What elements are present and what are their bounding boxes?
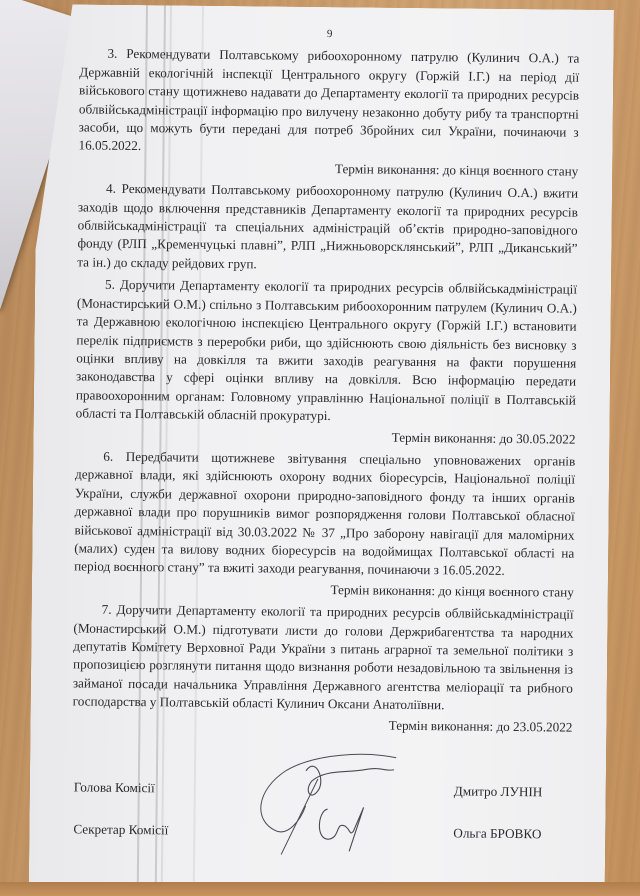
- chair-role: Голова Комісії: [74, 779, 234, 797]
- item-7-text: 7. Доручити Департаменту екології та при…: [73, 601, 574, 717]
- signature-block: Голова Комісії Дмитро ЛУНІН Секретар Ком…: [73, 766, 574, 855]
- document-page: 9 3. Рекомендувати Полтавському рибоохор…: [29, 4, 614, 890]
- page-number: 9: [80, 22, 580, 46]
- item-3-deadline: Термін виконання: до кінця воєнного стан…: [78, 157, 578, 181]
- item-6-deadline: Термін виконання: до кінця воєнного стан…: [74, 578, 574, 602]
- item-4-text: 4. Рекомендувати Полтавському рибоохорон…: [77, 180, 578, 277]
- item-3-text: 3. Рекомендувати Полтавському рибоохорон…: [78, 45, 579, 161]
- document-body: 9 3. Рекомендувати Полтавському рибоохор…: [72, 22, 579, 740]
- item-5-text: 5. Доручити Департаменту екології та при…: [76, 276, 578, 428]
- item-7-deadline: Термін виконання: до 23.05.2022: [72, 713, 572, 737]
- secretary-name: Ольга БРОВКО: [453, 825, 573, 842]
- item-5-deadline: Термін виконання: до 30.05.2022: [75, 425, 575, 449]
- table-edge: [0, 882, 640, 896]
- chair-name: Дмитро ЛУНІН: [454, 783, 574, 800]
- item-6-text: 6. Передбачити щотижневе звітування спец…: [74, 447, 575, 581]
- secretary-role: Секретар Комісії: [73, 821, 233, 839]
- handwritten-signature-icon: [245, 750, 436, 862]
